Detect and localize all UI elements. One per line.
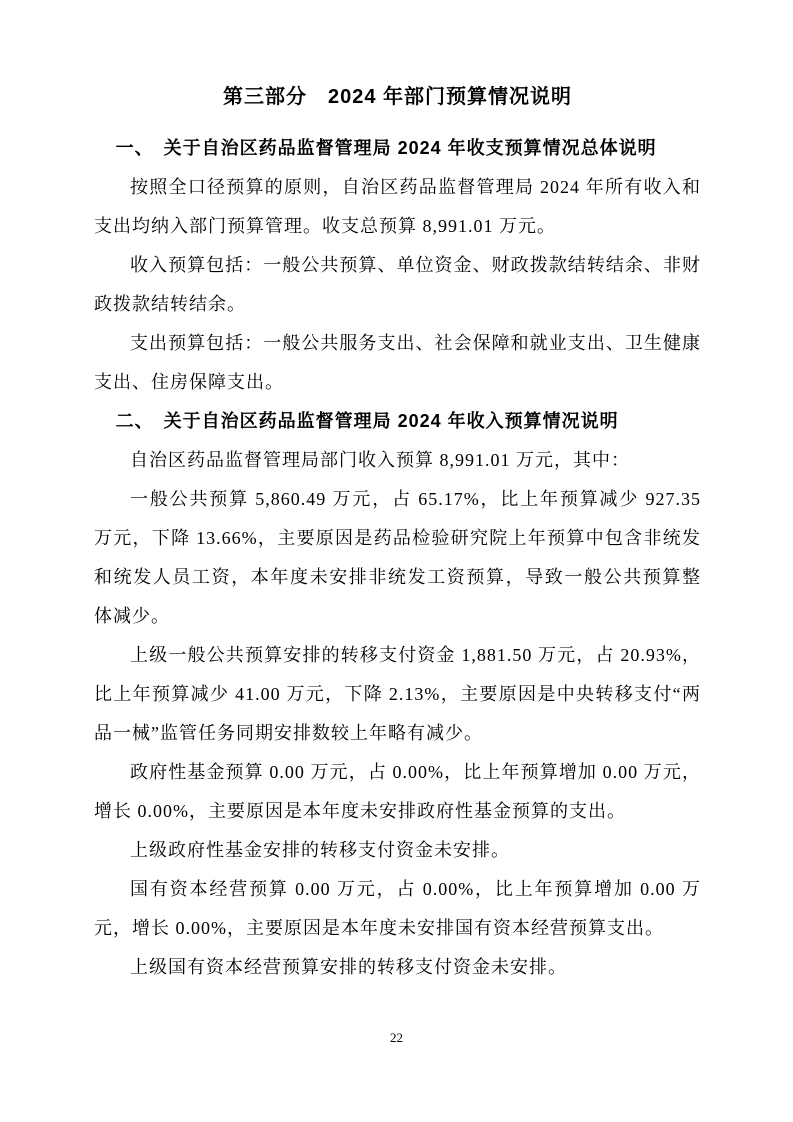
paragraph-state-capital-transfer: 上级国有资本经营预算安排的转移支付资金未安排。	[94, 948, 701, 987]
paragraph-income-budget-includes: 收入预算包括：一般公共预算、单位资金、财政拨款结转结余、非财政拨款结转结余。	[94, 246, 701, 324]
paragraph-total-budget: 按照全口径预算的原则，自治区药品监督管理局 2024 年所有收入和支出均纳入部门…	[94, 168, 701, 246]
page-number: 22	[0, 1030, 793, 1046]
paragraph-department-income-total: 自治区药品监督管理局部门收入预算 8,991.01 万元，其中：	[94, 441, 701, 480]
document-page: 第三部分 2024 年部门预算情况说明 一、 关于自治区药品监督管理局 2024…	[0, 0, 793, 1122]
paragraph-state-capital-budget: 国有资本经营预算 0.00 万元，占 0.00%，比上年预算增加 0.00 万元…	[94, 870, 701, 948]
paragraph-transfer-payment-funds: 上级一般公共预算安排的转移支付资金 1,881.50 万元，占 20.93%，比…	[94, 636, 701, 753]
paragraph-general-public-budget: 一般公共预算 5,860.49 万元，占 65.17%，比上年预算减少 927.…	[94, 480, 701, 636]
paragraph-government-fund-transfer: 上级政府性基金安排的转移支付资金未安排。	[94, 831, 701, 870]
section-heading-income-expense-overview: 一、 关于自治区药品监督管理局 2024 年收支预算情况总体说明	[94, 129, 701, 168]
paragraph-government-fund-budget: 政府性基金预算 0.00 万元，占 0.00%，比上年预算增加 0.00 万元，…	[94, 753, 701, 831]
paragraph-expense-budget-includes: 支出预算包括：一般公共服务支出、社会保障和就业支出、卫生健康支出、住房保障支出。	[94, 324, 701, 402]
document-title: 第三部分 2024 年部门预算情况说明	[94, 83, 701, 111]
section-heading-income-budget: 二、 关于自治区药品监督管理局 2024 年收入预算情况说明	[94, 402, 701, 441]
